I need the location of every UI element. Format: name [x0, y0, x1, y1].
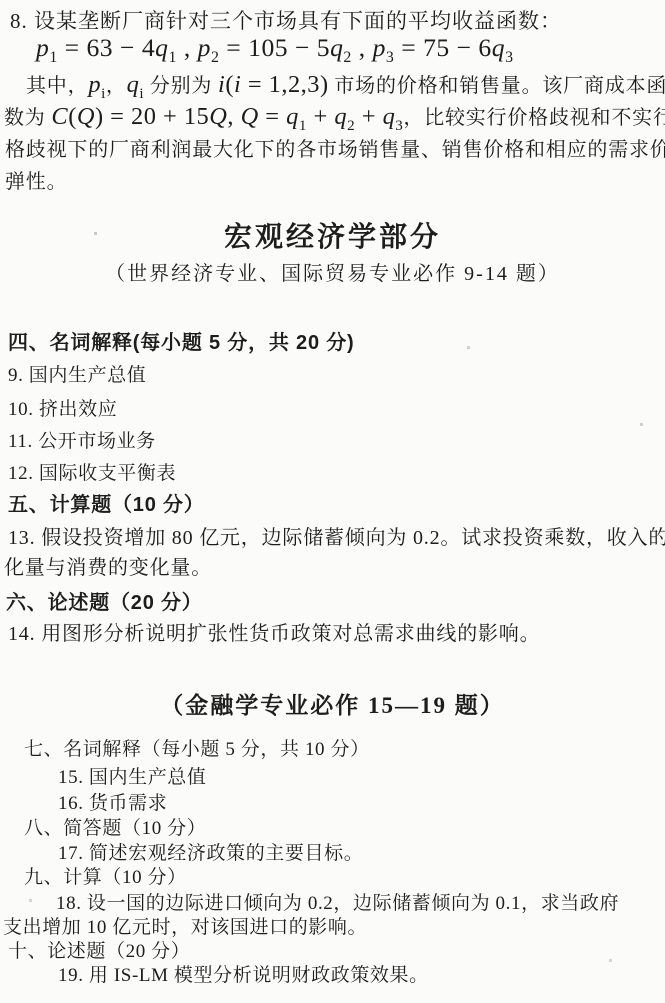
- question-8-body-line: 数为 C(Q) = 20 + 15Q, Q = q1 + q2 + q3，比较实…: [4, 102, 665, 133]
- item-11: 11. 公开市场业务: [8, 430, 156, 454]
- part-7-heading: 七、名词解释（每小题 5 分，共 10 分）: [24, 738, 370, 762]
- part-6-heading: 六、论述题（20 分）: [6, 591, 203, 616]
- item-15: 15. 国内生产总值: [58, 766, 207, 790]
- question-17: 17. 简述宏观经济政策的主要目标。: [58, 842, 363, 866]
- item-10: 10. 挤出效应: [8, 398, 117, 422]
- question-18-line: 支出增加 10 亿元时，对该国进口的影响。: [3, 916, 367, 940]
- scan-noise: [0, 0, 1, 1]
- question-13-line: 化量与消费的变化量。: [4, 556, 212, 581]
- question-8-body-line: 其中，pi，qi 分别为 i(i = 1,2,3) 市场的价格和销售量。该厂商成…: [26, 70, 665, 101]
- finance-section-header: （金融学专业必作 15—19 题）: [0, 692, 665, 721]
- question-14: 14. 用图形分析说明扩张性货币政策对总需求曲线的影响。: [8, 622, 540, 647]
- question-8-body-line: 弹性。: [5, 170, 67, 195]
- part-9-heading: 九、计算（10 分）: [24, 866, 187, 890]
- part-10-heading: 十、论述题（20 分）: [8, 940, 190, 964]
- question-8-formula: p1 = 63 − 4q1 , p2 = 105 − 5q2 , p3 = 75…: [36, 32, 514, 64]
- macro-section-subtitle: （世界经济专业、国际贸易专业必作 9-14 题）: [0, 262, 665, 287]
- item-9: 9. 国内生产总值: [8, 364, 146, 388]
- exam-page: 8. 设某垄断厂商针对三个市场具有下面的平均收益函数： p1 = 63 − 4q…: [0, 0, 665, 1003]
- question-8-intro: 8. 设某垄断厂商针对三个市场具有下面的平均收益函数：: [10, 8, 562, 34]
- part-8-heading: 八、简答题（10 分）: [24, 817, 206, 841]
- part-5-heading: 五、计算题（10 分）: [8, 493, 205, 518]
- macro-section-title: 宏观经济学部分: [0, 220, 665, 255]
- part-4-heading: 四、名词解释(每小题 5 分，共 20 分): [8, 331, 355, 356]
- item-16: 16. 货币需求: [58, 792, 167, 816]
- question-8-body-line: 格歧视下的厂商利润最大化下的各市场销售量、销售价格和相应的需求价格: [5, 138, 665, 163]
- question-13-line: 13. 假设投资增加 80 亿元，边际储蓄倾向为 0.2。试求投资乘数，收入的变: [8, 526, 665, 551]
- question-19: 19. 用 IS-LM 模型分析说明财政政策效果。: [58, 964, 429, 988]
- question-18-line: 18. 设一国的边际进口倾向为 0.2，边际储蓄倾向为 0.1，求当政府: [56, 892, 619, 916]
- item-12: 12. 国际收支平衡表: [8, 462, 176, 486]
